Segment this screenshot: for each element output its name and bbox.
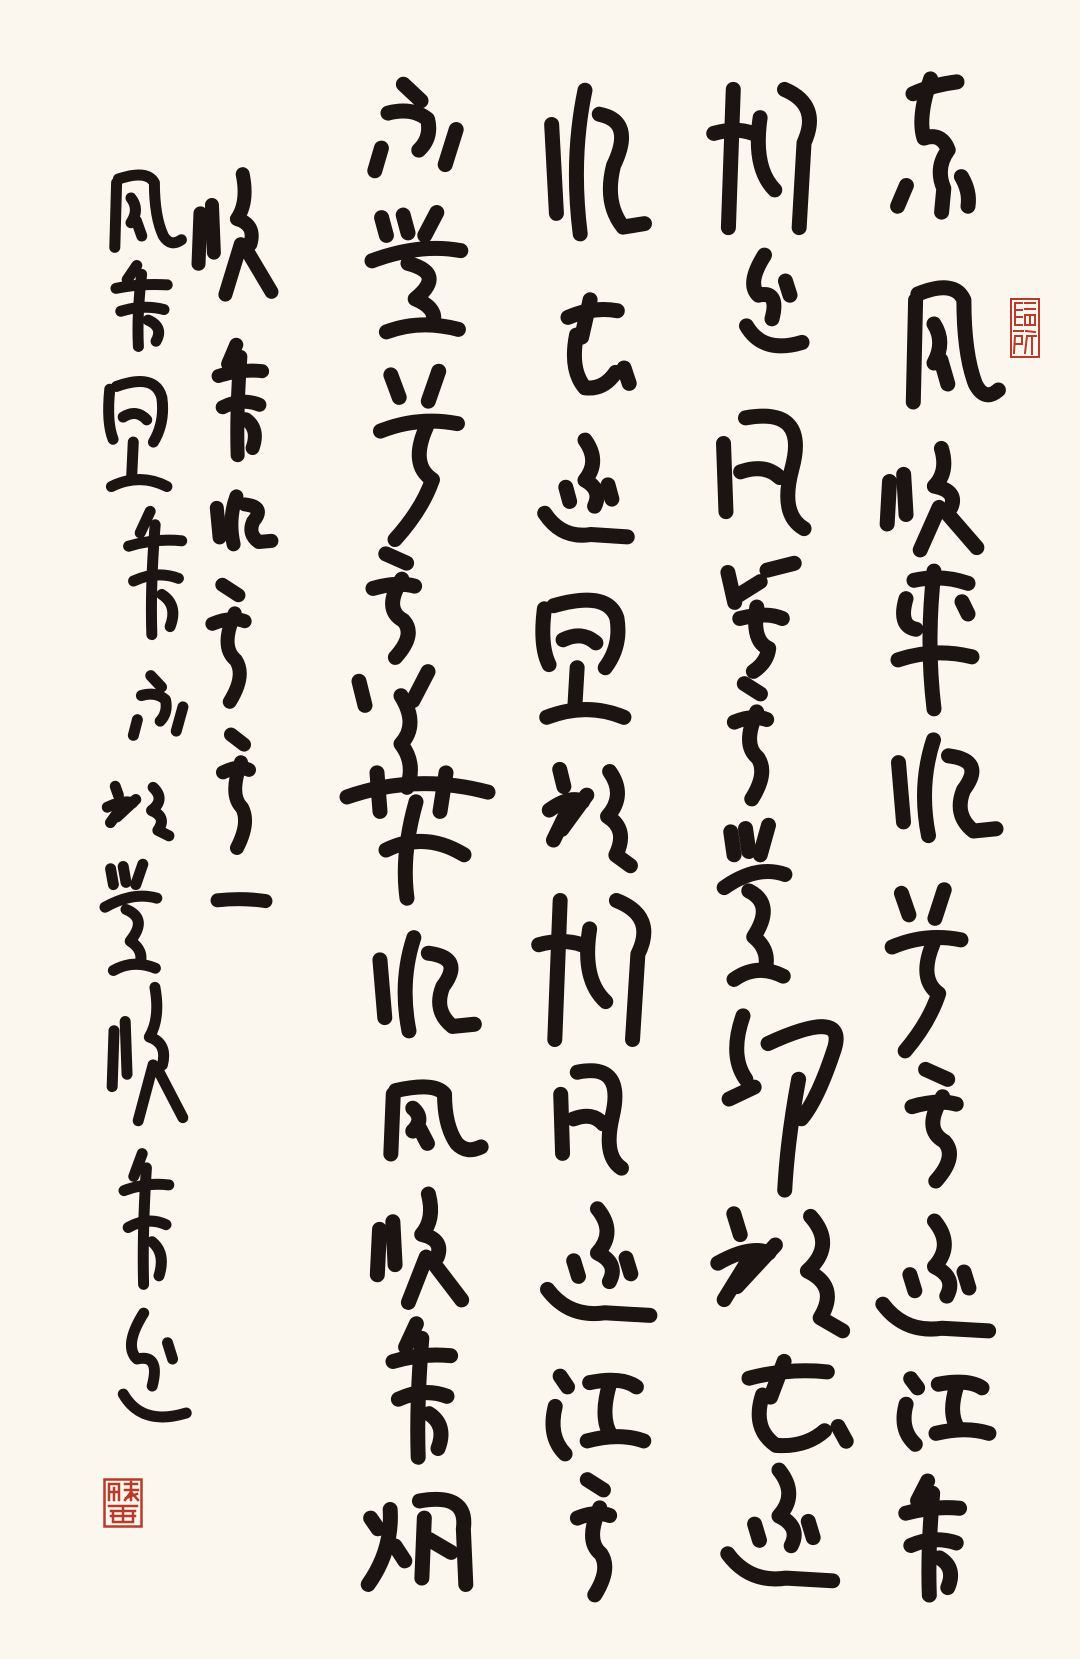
poem-char: 惜 <box>364 1184 475 1310</box>
poem-char: 迷 <box>537 433 633 551</box>
inscription-char: 友 <box>108 1305 193 1440</box>
poem-char: 边 <box>718 1462 840 1597</box>
character-text: 花 <box>722 1353 857 1458</box>
poem-char: 笙 <box>716 561 801 676</box>
poem-char: 簧 <box>722 676 784 804</box>
character-text: 自 <box>546 1055 638 1178</box>
character-text: 蝶 <box>528 891 662 1049</box>
character-text: 九 <box>207 493 277 550</box>
seal-text: 臨所 <box>1010 298 1040 358</box>
poem-char: 江 <box>538 1361 661 1469</box>
poem-char: 花 <box>551 291 636 401</box>
character-text: 暮 <box>375 1318 465 1463</box>
character-text: 书 <box>128 670 195 741</box>
poem-char: 来 <box>884 565 984 718</box>
character-text: 啼 <box>718 1000 857 1198</box>
inscription-char: 寿 <box>110 1148 180 1290</box>
poem-char: 風 <box>888 264 1003 414</box>
character-text: 笙 <box>716 561 801 676</box>
poem-char: 流 <box>890 1366 1005 1457</box>
poem-char: 芳 <box>368 360 472 547</box>
character-text: 菲 <box>357 547 437 662</box>
poem-char: 自 <box>546 1055 638 1178</box>
character-text: 莺 <box>716 822 798 986</box>
character-text: 径 <box>541 763 645 870</box>
character-text: 烟 <box>356 1486 478 1593</box>
character-text: 簧 <box>722 676 784 804</box>
character-text: 花 <box>551 291 636 401</box>
character-text: 子 <box>100 262 180 350</box>
character-text: 来 <box>884 565 984 718</box>
character-text: 友 <box>108 1305 193 1440</box>
title-char: 春 <box>205 340 273 460</box>
character-text: 还 <box>538 1201 657 1331</box>
character-text: 天 <box>565 1472 627 1600</box>
poem-char: 径 <box>541 763 645 870</box>
character-text: 丙 <box>95 160 185 255</box>
character-text: 春 <box>205 340 273 460</box>
poem-char: 天 <box>565 1472 627 1600</box>
inscription-char: 雲 <box>98 862 168 975</box>
poem-char: 凋 <box>364 1073 486 1161</box>
poem-char: 柳 <box>704 80 826 237</box>
inscription-char: 子 <box>100 262 180 350</box>
title-char: 一 <box>213 891 270 909</box>
character-text: 風 <box>888 264 1003 414</box>
character-text: 飞 <box>535 80 654 251</box>
inscription-char: 暮 <box>98 367 182 506</box>
character-text: 晚 <box>881 733 1006 847</box>
poem-char: 还 <box>538 1201 657 1331</box>
character-text: 一 <box>213 891 270 909</box>
seal-text: 朱馨 <box>103 1478 143 1528</box>
poem-char: 不 <box>366 76 476 179</box>
title-char: 惜 <box>187 163 283 303</box>
character-text: 不 <box>366 76 476 179</box>
character-text: 芳 <box>368 360 472 547</box>
poem-char: 色 <box>733 248 808 366</box>
character-text: 春 <box>112 506 195 640</box>
character-text: 惜 <box>364 1184 475 1310</box>
poem-char: 鸣 <box>704 398 826 540</box>
character-text: 首 <box>200 577 262 707</box>
character-text: 於 <box>101 783 180 838</box>
poem-char: 草 <box>895 1062 980 1186</box>
title-char: 之 <box>213 727 263 853</box>
poem-char: 年 <box>889 1476 973 1600</box>
seal-top-right: 臨所 <box>1010 298 1040 358</box>
character-text: 东 <box>880 73 990 221</box>
character-text: 惜 <box>187 163 283 303</box>
poem-char: 花 <box>722 1353 857 1458</box>
poem-char: 烟 <box>356 1486 478 1593</box>
character-text: 逐 <box>873 1213 996 1347</box>
character-text: 柳 <box>704 80 826 237</box>
poem-char: 野 <box>528 584 645 739</box>
character-text: 吹 <box>873 439 991 557</box>
character-text: 凋 <box>364 1073 486 1161</box>
character-text: 迷 <box>537 433 633 551</box>
poem-char: 忍 <box>360 210 480 337</box>
character-text: 芳 <box>881 879 974 1058</box>
poem-char: 莺 <box>716 822 798 986</box>
poem-char: 啼 <box>718 1000 857 1198</box>
poem-char: 吹 <box>873 439 991 557</box>
title-char: 九 <box>207 493 277 550</box>
character-text: 流 <box>890 1366 1005 1457</box>
character-text: 草 <box>895 1062 980 1186</box>
character-text: 年 <box>889 1476 973 1600</box>
character-text: 暮 <box>98 367 182 506</box>
poem-char: 飘 <box>363 931 484 1042</box>
poem-char: 暮 <box>375 1318 465 1463</box>
poem-char: 落 <box>341 662 491 903</box>
character-text: 寿 <box>110 1148 180 1290</box>
title-char: 首 <box>200 577 262 707</box>
poem-char: 逐 <box>873 1213 996 1347</box>
poem-char: 东 <box>880 73 990 221</box>
inscription-char: 春 <box>112 506 195 640</box>
calligraphy-sheet: 东 風 吹 来 晚 芳 草 逐 流 年 柳 色 鸣 笙 簧 莺 啼 桃 花 边 … <box>0 0 1080 1659</box>
character-text: 落 <box>341 662 491 903</box>
seal-bottom-left: 朱馨 <box>103 1478 143 1528</box>
inscription-char: 丙 <box>95 160 185 255</box>
character-text: 野 <box>528 584 645 739</box>
poem-char: 晚 <box>881 733 1006 847</box>
character-text: 色 <box>733 248 808 366</box>
poem-char: 蝶 <box>528 891 662 1049</box>
poem-char: 菲 <box>357 547 437 662</box>
character-text: 桃 <box>705 1206 865 1336</box>
character-text: 鸣 <box>704 398 826 540</box>
character-text: 之 <box>213 727 263 853</box>
character-text: 飘 <box>363 931 484 1042</box>
inscription-char: 陵 <box>101 975 194 1130</box>
inscription-char: 书 <box>128 670 195 741</box>
poem-char: 飞 <box>535 80 654 251</box>
poem-char: 桃 <box>705 1206 865 1336</box>
character-text: 雲 <box>98 862 168 975</box>
character-text: 忍 <box>360 210 480 337</box>
character-text: 陵 <box>101 975 194 1130</box>
inscription-char: 於 <box>101 783 180 838</box>
character-text: 边 <box>718 1462 840 1597</box>
character-text: 江 <box>538 1361 661 1469</box>
poem-char: 芳 <box>881 879 974 1058</box>
